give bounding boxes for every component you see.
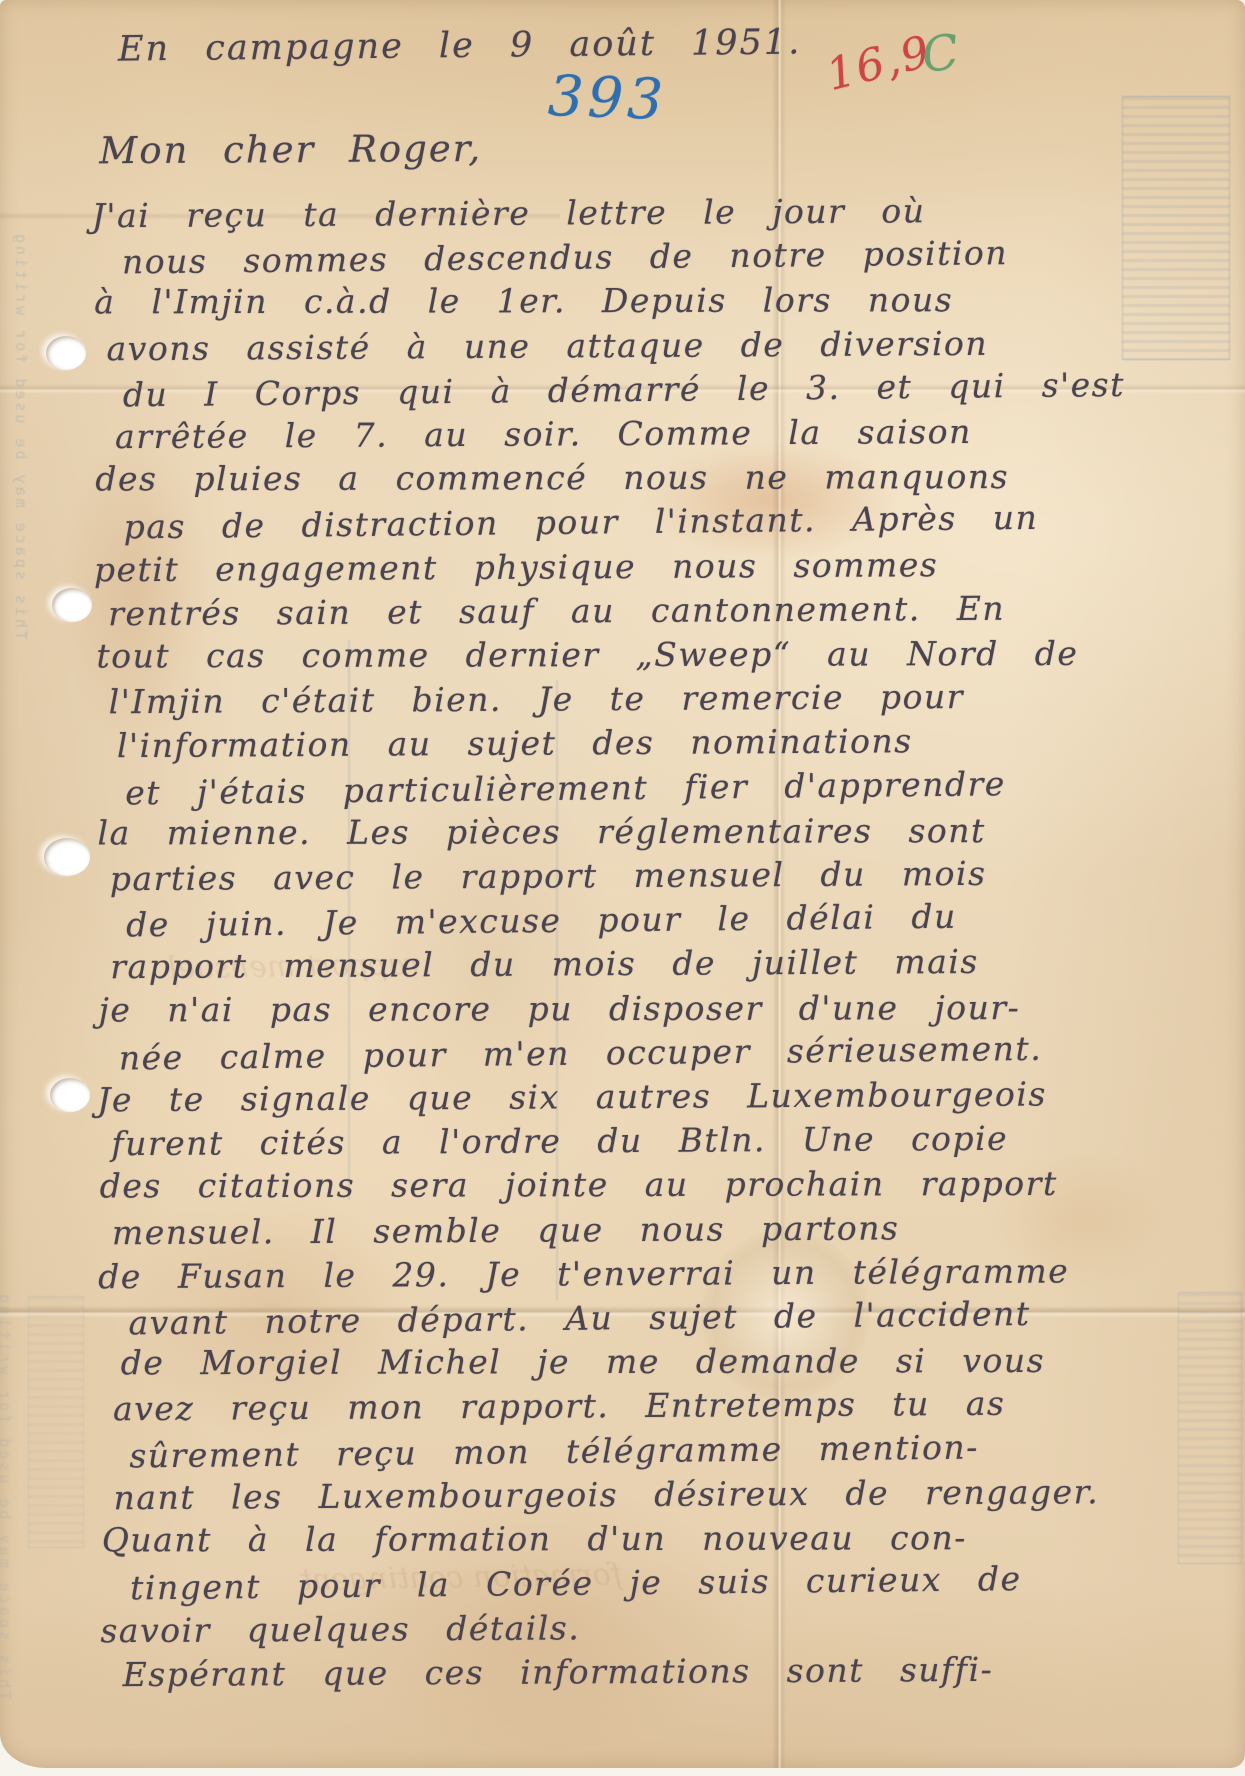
letter-line: tout cas comme dernier „Sweep“ au Nord d…	[96, 632, 1174, 679]
letter-line: des citations sera jointe au prochain ra…	[100, 1162, 1178, 1209]
letter-line: à l'Imjin c.à.d le 1er. Depuis lors nous	[94, 278, 1172, 325]
letter-line: nant les Luxembourgeois désireux de reng…	[113, 1470, 1179, 1521]
letter-line: furent cités a l'ordre du Btln. Une copi…	[111, 1116, 1177, 1167]
letter-line: Quant à la formation d'un nouveau con-	[102, 1516, 1180, 1563]
punch-hole	[52, 588, 92, 622]
letter-line: la mienne. Les pièces réglementaires son…	[97, 808, 1175, 855]
bleedthrough-printed-box	[1178, 1292, 1242, 1564]
letter-line: rapport mensuel du mois de juillet mais	[110, 939, 1176, 990]
archive-letter-green: C	[918, 24, 962, 85]
bleedthrough-edge-text: This space may be used for writing	[0, 1291, 14, 1700]
letter-body: Mon cher Roger, J'ai reçu ta dernière le…	[91, 123, 1181, 1697]
letter-line: Espérant que ces informations sont suffi…	[123, 1646, 1181, 1697]
bleedthrough-edge-text: This space may be used for writing	[12, 231, 30, 640]
letter-line: l'Imjin c'était bien. Je te remercie pou…	[109, 674, 1175, 725]
letter-line: savoir quelques détails.	[100, 1602, 1180, 1653]
page-number-blue: 393	[547, 64, 668, 133]
letter-line: petit engagement physique nous sommes	[94, 541, 1174, 592]
salutation: Mon cher Roger,	[99, 123, 1171, 173]
bleedthrough-printed-box	[28, 1296, 84, 1548]
scanned-letter-page: This space may be used for writing This …	[0, 0, 1245, 1776]
punch-hole	[44, 838, 90, 876]
punch-hole	[46, 336, 86, 370]
paper-sheet: This space may be used for writing This …	[0, 0, 1245, 1768]
letter-line: des pluies a commencé nous ne manquons	[95, 455, 1173, 502]
punch-hole	[50, 1078, 90, 1112]
letter-line: je n'ai pas encore pu disposer d'une jou…	[99, 985, 1177, 1032]
letter-line: Je te signale que six autres Luxembourge…	[97, 1072, 1177, 1123]
letter-line: rentrés sain et sauf au cantonnement. En	[108, 586, 1174, 637]
dateline: En campagne le 9 août 1951.	[118, 22, 802, 69]
letter-line: avant notre départ. Au sujet de l'accide…	[128, 1290, 1178, 1345]
letter-line: mensuel. Il semble que nous partons	[112, 1204, 1178, 1255]
letter-line: et j'étais particulièrement fier d'appre…	[125, 760, 1175, 815]
letter-line: nous sommes descendus de notre position	[122, 230, 1172, 285]
letter-line: arrêtée le 7. au soir. Comme la saison	[115, 409, 1173, 460]
letter-line: de Morgiel Michel je me demande si vous	[121, 1339, 1179, 1386]
